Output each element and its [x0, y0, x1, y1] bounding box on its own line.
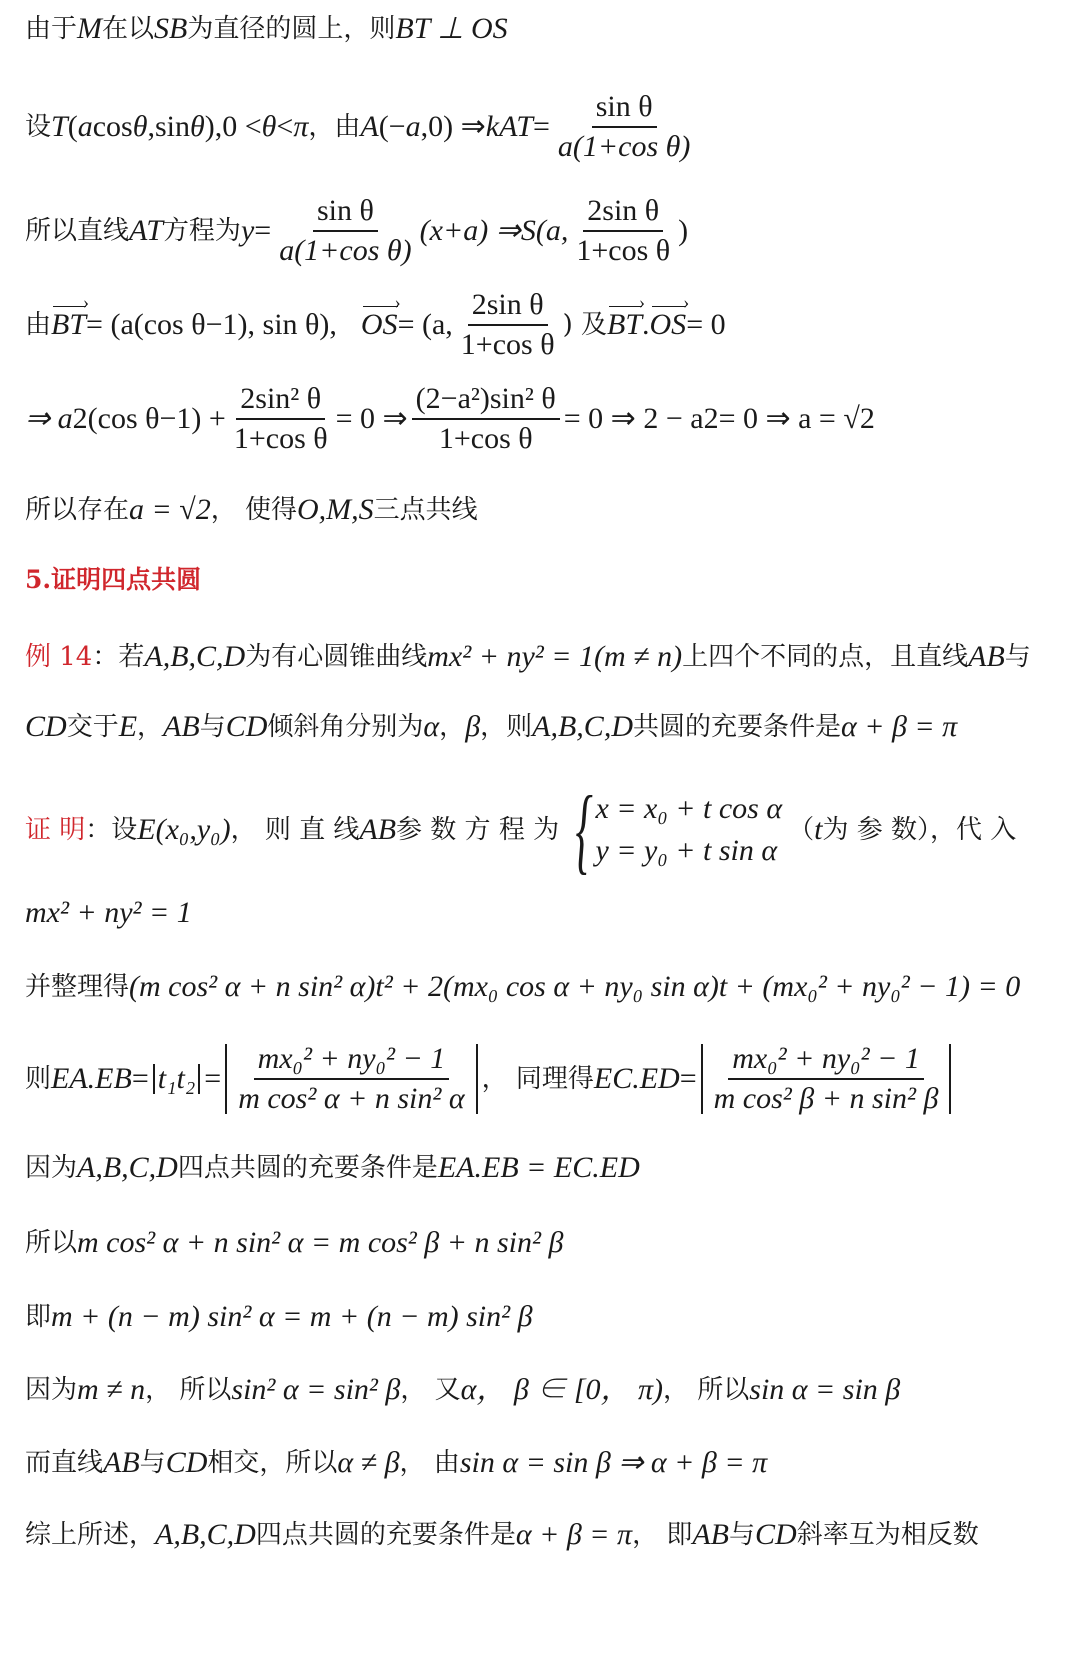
math: . — [642, 310, 650, 340]
superscript: 2 — [704, 404, 719, 434]
math: a = √2 — [129, 495, 211, 525]
fraction: mx₀² + ny₀² − 1 m cos² α + n sin² α — [234, 1044, 468, 1114]
proof-line-6: 所以 m cos² α + n sin² α = m cos² β + n si… — [25, 1228, 563, 1258]
text: ，则 — [480, 714, 532, 740]
text: ， 同理得 — [482, 1066, 594, 1092]
text-line-1: 由于 M 在以 SB 为直径的圆上，则 BT ⊥ OS — [25, 14, 508, 44]
proof-line-8: 因为 m ≠ n ， 所以 sin² α = sin² β ， 又 α， β ∈… — [25, 1375, 900, 1405]
fraction: 2sin θ 1+cos θ — [572, 196, 674, 266]
text: ， 由 — [400, 1450, 460, 1476]
text: 交于 — [67, 714, 119, 740]
numerator: mx₀² + ny₀² − 1 — [728, 1044, 924, 1080]
math: T — [51, 112, 68, 142]
math: β — [465, 712, 480, 742]
absolute-value: t₁t₂ — [153, 1064, 201, 1094]
math: mx² + ny² = 1 — [25, 898, 192, 928]
math: BT ⊥ OS — [395, 14, 507, 44]
text: 与 — [200, 714, 226, 740]
section-heading: 5.证明四点共圆 — [25, 567, 201, 592]
math: y — [241, 216, 254, 246]
parametric-system: { x = x₀ + t cos α y = y₀ + t sin α — [565, 782, 782, 878]
math: = — [254, 216, 271, 246]
math: E(x₀,y₀) — [137, 815, 230, 845]
text: 并整理得 — [25, 974, 129, 1000]
text: 上四个不同的点，且直线 — [682, 644, 968, 670]
text: 即 — [25, 1304, 51, 1330]
proof-line-10: 综上所述， A,B,C,D 四点共圆的充要条件是 α + β = π ， 即 A… — [25, 1520, 979, 1550]
math: = (a, — [398, 310, 453, 340]
math: SB — [154, 14, 187, 44]
text-line-3: 所以直线 AT 方程为 y = sin θ a(1+cos θ) (x+a) ⇒… — [25, 196, 688, 266]
fraction: 2sin² θ 1+cos θ — [230, 384, 332, 454]
math: M — [77, 14, 102, 44]
text-line-5: ⇒ a2 (cos θ−1) + 2sin² θ 1+cos θ = 0 ⇒ (… — [25, 384, 875, 454]
math: a — [78, 112, 93, 142]
math: ( — [68, 112, 78, 142]
math: ) — [678, 216, 688, 246]
text: 斜率互为相反数 — [797, 1522, 979, 1548]
math: (x+a) ⇒ — [420, 216, 521, 246]
math: m + (n − m) sin² α = m + (n − m) sin² β — [51, 1302, 533, 1332]
text: ， 所以 — [145, 1377, 231, 1403]
math: k — [486, 112, 499, 142]
math: (a, — [536, 216, 569, 246]
denominator: m cos² β + n sin² β — [710, 1080, 943, 1114]
example-line-2: CD 交于 E ， AB 与 CD 倾斜角分别为 α ， β ，则 A,B,C,… — [25, 712, 957, 742]
text: 四点共圆的充要条件是 — [178, 1155, 438, 1181]
vector: OS — [650, 310, 687, 340]
math: m ≠ n — [77, 1375, 145, 1405]
math: = — [204, 1064, 221, 1094]
text: 与 — [729, 1522, 755, 1548]
text: ， — [137, 714, 163, 740]
math: = 0 — [686, 310, 725, 340]
text: 为 参 数），代 入 — [822, 817, 1016, 843]
math: AB — [692, 1520, 729, 1550]
text: 四点共圆的充要条件是 — [256, 1522, 516, 1548]
math: m cos² α + n sin² α = m cos² β + n sin² … — [77, 1228, 563, 1258]
math: CD — [755, 1520, 797, 1550]
math: E — [119, 712, 137, 742]
numerator: (2−a²)sin² θ — [412, 384, 560, 420]
absolute-value: mx₀² + ny₀² − 1 m cos² β + n sin² β — [701, 1044, 952, 1114]
text: ， 又 — [400, 1377, 460, 1403]
text: ，由 — [308, 114, 360, 140]
text-line-4: 由 BT = (a(cos θ−1), sin θ), OS = (a, 2si… — [25, 290, 726, 360]
text: 所以直线 — [25, 218, 129, 244]
math: A,B,C,D — [144, 642, 245, 672]
text: ， 所以 — [663, 1377, 749, 1403]
text: ：设 — [85, 817, 137, 843]
text: 在以 — [102, 16, 154, 42]
math: O,M,S — [297, 495, 374, 525]
math: AB — [103, 1448, 140, 1478]
proof-line-3: 并整理得 (m cos² α + n sin² α)t² + 2(mx₀ cos… — [25, 972, 1020, 1002]
text: 所以 — [25, 1230, 77, 1256]
example-line-1: 例 14 ：若 A,B,C,D 为有心圆锥曲线 mx² + ny² = 1(m … — [25, 642, 1031, 672]
numerator: 2sin θ — [583, 196, 663, 232]
numerator: 2sin θ — [468, 290, 548, 326]
math: = — [680, 1064, 697, 1094]
text: ， 则 直 线 — [231, 817, 360, 843]
proof-line-9: 而直线 AB 与 CD 相交，所以 α ≠ β ， 由 sin α = sin … — [25, 1448, 767, 1478]
superscript: 2 — [73, 404, 88, 434]
math: ,0) ⇒ — [421, 112, 486, 142]
text: 而直线 — [25, 1450, 103, 1476]
math: A,B,C,D — [77, 1153, 178, 1183]
math: α + β = π — [841, 712, 957, 742]
math: cos — [93, 112, 133, 142]
math: α， β ∈ [0， π) — [461, 1375, 663, 1405]
math: AB — [163, 712, 200, 742]
math: = 0 ⇒ 2 − a — [564, 404, 704, 434]
denominator: 1+cos θ — [457, 326, 559, 360]
text: 三点共线 — [374, 497, 478, 523]
denominator: 1+cos θ — [230, 420, 332, 454]
math: π — [293, 112, 308, 142]
math: CD — [226, 712, 268, 742]
equation-row: x = x₀ + t cos α — [595, 794, 782, 824]
math: θ — [190, 112, 205, 142]
math: < — [276, 112, 293, 142]
denominator: 1+cos θ — [572, 232, 674, 266]
math: A,B,C,D — [532, 712, 633, 742]
text: 方程为 — [163, 218, 241, 244]
math: ),0 < — [205, 112, 262, 142]
math: = 0 ⇒ — [336, 404, 408, 434]
proof-line-2: mx² + ny² = 1 — [25, 898, 192, 928]
text: （ — [788, 817, 814, 843]
denominator: 1+cos θ — [435, 420, 537, 454]
proof-label: 证 明 — [25, 817, 85, 843]
numerator: sin θ — [313, 196, 378, 232]
text: 设 — [25, 114, 51, 140]
subscript: AT — [499, 112, 533, 142]
math: t₁t₂ — [158, 1064, 196, 1094]
numerator: sin θ — [592, 92, 657, 128]
math: AT — [129, 216, 163, 246]
proof-line-1: 证 明 ：设 E(x₀,y₀) ， 则 直 线 AB 参 数 方 程 为 { x… — [25, 782, 1016, 878]
text: 由于 — [25, 16, 77, 42]
text: ：若 — [92, 644, 144, 670]
text: 参 数 方 程 为 — [396, 817, 559, 843]
proof-line-5: 因为 A,B,C,D 四点共圆的充要条件是 EA.EB = EC.ED — [25, 1153, 640, 1183]
fraction: (2−a²)sin² θ 1+cos θ — [412, 384, 560, 454]
math: θ — [133, 112, 148, 142]
math: mx² + ny² = 1(m ≠ n) — [427, 642, 682, 672]
text: ， — [439, 714, 465, 740]
text: 因为 — [25, 1155, 77, 1181]
fraction: sin θ a(1+cos θ) — [275, 196, 415, 266]
text: 为直径的圆上，则 — [187, 16, 395, 42]
math: EA.EB = EC.ED — [438, 1153, 640, 1183]
text: 与 — [140, 1450, 166, 1476]
fraction: 2sin θ 1+cos θ — [457, 290, 559, 360]
math: α — [423, 712, 439, 742]
text: 由 — [25, 312, 51, 338]
text: 共圆的充要条件是 — [633, 714, 841, 740]
numerator: 2sin² θ — [236, 384, 325, 420]
text: ) 及 — [563, 312, 607, 338]
text-line-6: 所以存在 a = √2 ， 使得 O,M,S 三点共线 — [25, 495, 478, 525]
math: t — [814, 815, 822, 845]
math: (cos θ−1) + — [88, 404, 226, 434]
denominator: m cos² α + n sin² α — [234, 1080, 468, 1114]
text: 所以存在 — [25, 497, 129, 523]
math: α ≠ β — [337, 1448, 399, 1478]
math: = — [533, 112, 550, 142]
heading-text: 5.证明四点共圆 — [25, 567, 201, 592]
math: EA.EB — [51, 1064, 132, 1094]
math: S — [521, 216, 536, 246]
text: 则 — [25, 1066, 51, 1092]
math: (− — [379, 112, 406, 142]
math: = — [132, 1064, 149, 1094]
math: EC.ED — [594, 1064, 680, 1094]
text-line-2: 设 T ( a cos θ ,sin θ ),0 < θ < π ，由 A (−… — [25, 92, 698, 162]
math: CD — [166, 1448, 208, 1478]
vector: BT — [51, 310, 86, 340]
proof-line-7: 即 m + (n − m) sin² α = m + (n − m) sin² … — [25, 1302, 533, 1332]
denominator: a(1+cos θ) — [554, 128, 694, 162]
math: sin² α = sin² β — [231, 1375, 400, 1405]
math: ,sin — [147, 112, 190, 142]
math: AB — [968, 642, 1005, 672]
vector: BT — [607, 310, 642, 340]
math: ⇒ a — [25, 404, 73, 434]
math: (m cos² α + n sin² α)t² + 2(mx₀ cos α + … — [129, 972, 1020, 1002]
left-brace: { — [576, 782, 593, 878]
fraction: mx₀² + ny₀² − 1 m cos² β + n sin² β — [710, 1044, 943, 1114]
text: 因为 — [25, 1377, 77, 1403]
math: a — [406, 112, 421, 142]
absolute-value: mx₀² + ny₀² − 1 m cos² α + n sin² α — [225, 1044, 477, 1114]
text: 倾斜角分别为 — [267, 714, 423, 740]
example-label: 例 14 — [25, 644, 92, 670]
proof-line-4: 则 EA.EB = t₁t₂ = mx₀² + ny₀² − 1 m cos² … — [25, 1044, 955, 1114]
math: sin α = sin β — [749, 1375, 900, 1405]
text: 与 — [1005, 644, 1031, 670]
math: = 0 ⇒ a = √2 — [719, 404, 875, 434]
text: ， 即 — [632, 1522, 692, 1548]
text: 综上所述， — [25, 1522, 155, 1548]
text: 为有心圆锥曲线 — [245, 644, 427, 670]
math: = (a(cos θ−1), sin θ), — [86, 310, 337, 340]
math: CD — [25, 712, 67, 742]
math: sin α = sin β ⇒ α + β = π — [460, 1448, 767, 1478]
text: ， 使得 — [211, 497, 297, 523]
text: 相交，所以 — [207, 1450, 337, 1476]
numerator: mx₀² + ny₀² − 1 — [254, 1044, 450, 1080]
vector: OS — [361, 310, 398, 340]
math: θ — [262, 112, 277, 142]
math: A — [360, 112, 378, 142]
denominator: a(1+cos θ) — [275, 232, 415, 266]
math: A,B,C,D — [155, 1520, 256, 1550]
equation-row: y = y₀ + t sin α — [595, 836, 782, 866]
fraction: sin θ a(1+cos θ) — [554, 92, 694, 162]
math: α + β = π — [516, 1520, 632, 1550]
math: AB — [359, 815, 396, 845]
